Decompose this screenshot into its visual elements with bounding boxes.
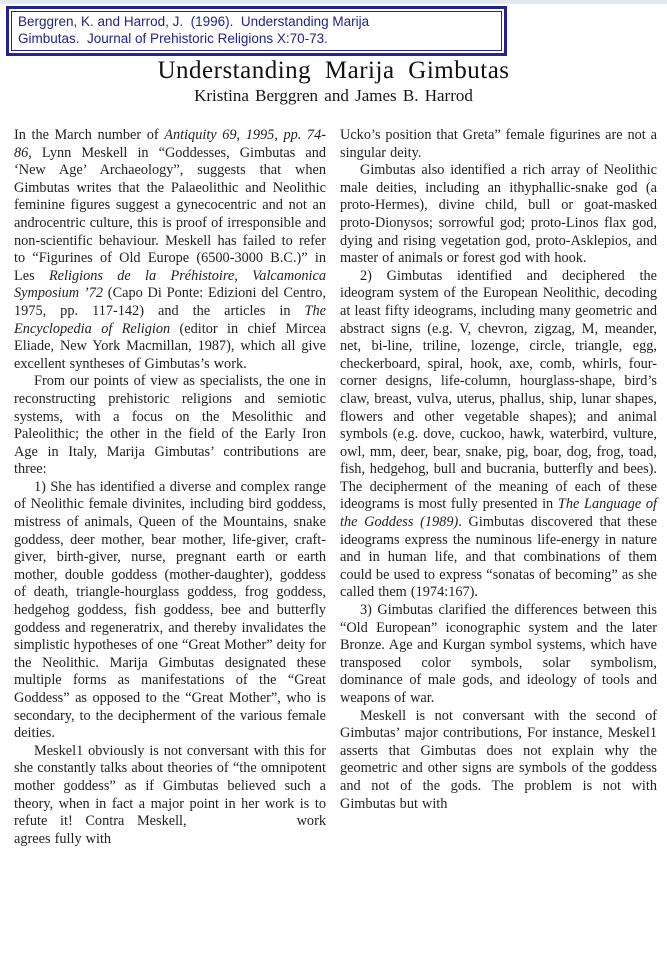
paragraph-ucko-continuation: Ucko’s position that Greta” female figur…	[340, 127, 657, 162]
scan-edge-artifact	[0, 0, 667, 4]
citation-line-1: Berggren, K. and Harrod, J. (1996). Unde…	[18, 14, 496, 31]
citation-line-2: Gimbutas. Journal of Prehistoric Religio…	[18, 31, 496, 48]
right-column: Ucko’s position that Greta” female figur…	[340, 127, 657, 813]
paragraph-meskell-critique: Meskel1 obviously is not conversant with…	[14, 743, 326, 849]
text-run: In the March number of	[14, 127, 164, 143]
article-byline: Kristina Berggren and James B. Harrod	[0, 86, 667, 106]
text-run: 1) She has identified a diverse and comp…	[14, 479, 326, 741]
text-run: 2) Gimbutas identified and deciphered th…	[340, 268, 657, 513]
text-run: Ucko’s position that Greta” female figur…	[340, 127, 657, 161]
citation-box: Berggren, K. and Harrod, J. (1996). Unde…	[6, 6, 507, 56]
text-run: 3) Gimbutas clarified the differences be…	[340, 602, 657, 706]
paragraph-meskell-second: Meskell is not conversant with the secon…	[340, 708, 657, 814]
text-run: From our points of view as specialists, …	[14, 373, 326, 477]
article-title: Understanding Marija Gimbutas	[0, 57, 667, 85]
text-run: Meskel1 obviously is not conversant with…	[14, 743, 326, 829]
paragraph-contribution-3: 3) Gimbutas clarified the differences be…	[340, 602, 657, 708]
paragraph-viewpoints: From our points of view as specialists, …	[14, 373, 326, 479]
paragraph-contribution-1: 1) She has identified a diverse and comp…	[14, 479, 326, 743]
paragraph-contribution-2: 2) Gimbutas identified and deciphered th…	[340, 268, 657, 602]
paragraph-male-deities: Gimbutas also identified a rich array of…	[340, 162, 657, 268]
scanned-paper-page: Berggren, K. and Harrod, J. (1996). Unde…	[0, 0, 667, 960]
text-run: Gimbutas also identified a rich array of…	[340, 162, 657, 266]
text-run: , Lynn Meskell in “Goddesses, Gimbutas a…	[14, 145, 326, 284]
left-column: In the March number of Antiquity 69, 199…	[14, 127, 326, 848]
text-run: Meskell is not conversant with the secon…	[340, 708, 657, 812]
paragraph-intro: In the March number of Antiquity 69, 199…	[14, 127, 326, 373]
